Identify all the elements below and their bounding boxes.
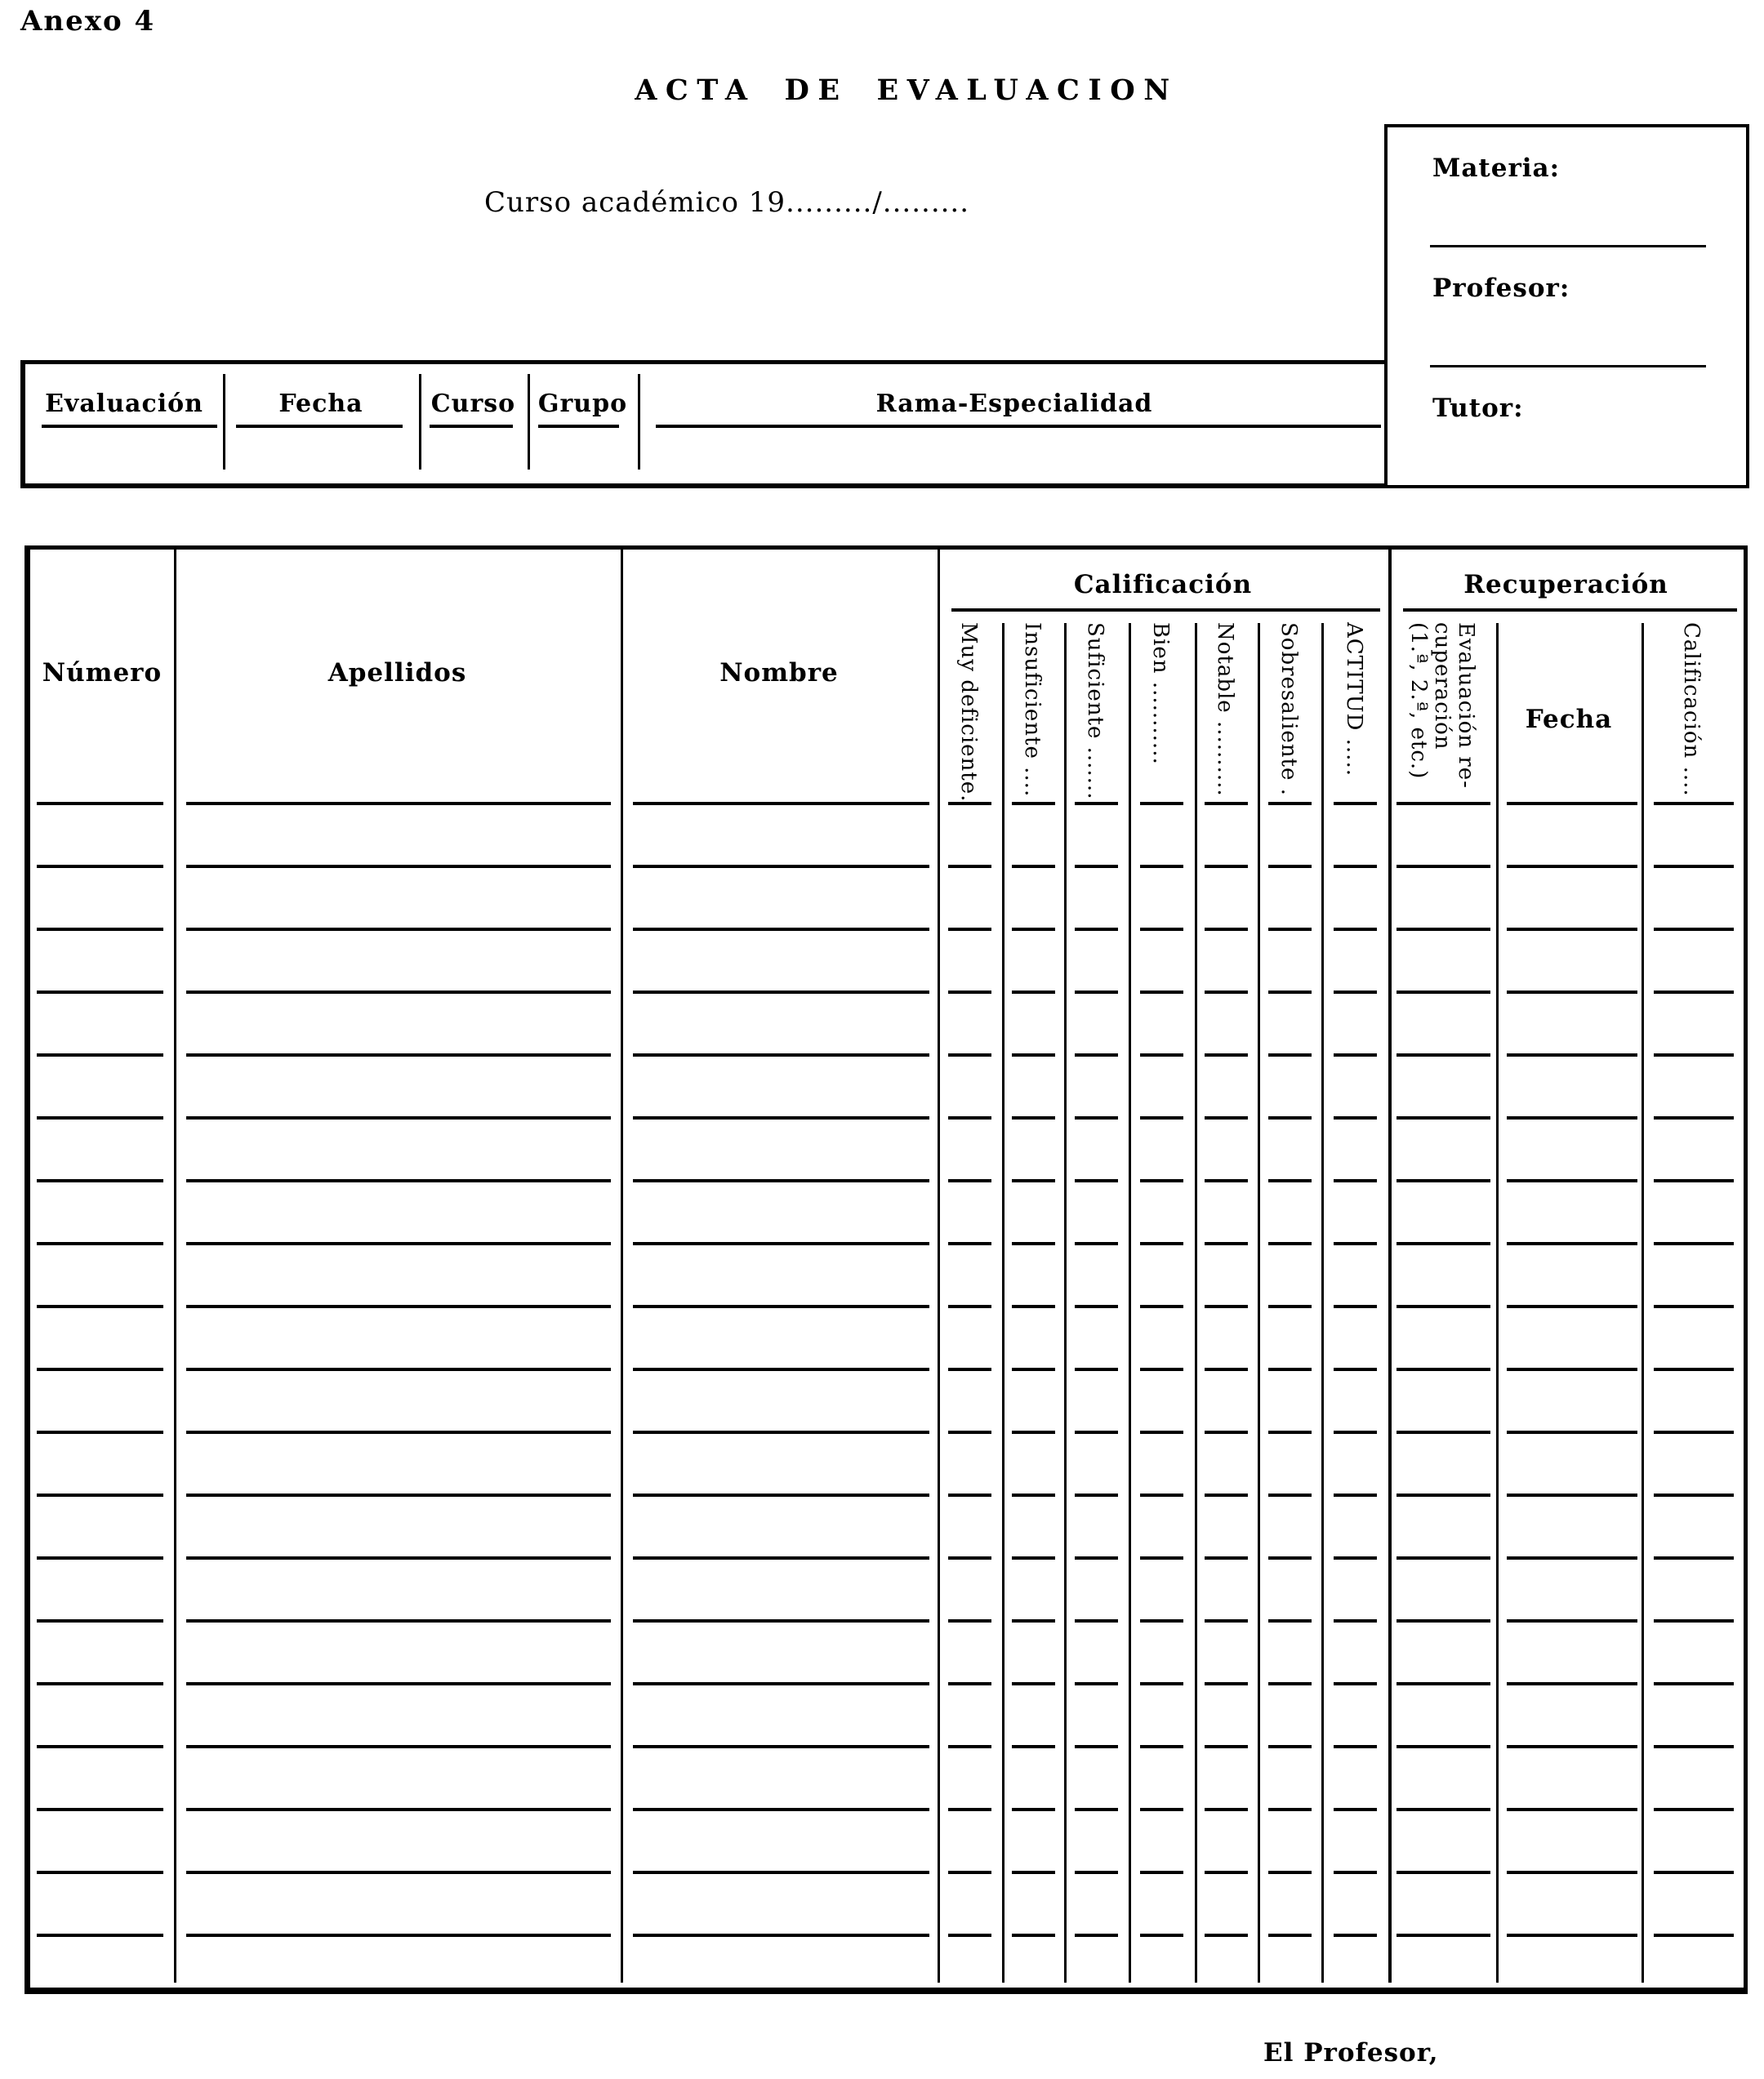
row-writein-line: [633, 1116, 929, 1120]
row-writein-line: [948, 1808, 991, 1811]
row-writein-line: [1334, 1745, 1377, 1748]
row-writein-line: [1654, 1494, 1734, 1497]
row-writein-line: [1396, 1934, 1490, 1937]
row-writein-line: [1654, 1808, 1734, 1811]
row-writein-line: [186, 1305, 611, 1308]
row-writein-line: [1140, 865, 1183, 868]
row-writein-line: [1012, 1494, 1055, 1497]
row-writein-line: [37, 1179, 163, 1182]
row-writein-line: [1012, 1934, 1055, 1937]
row-writein-line: [186, 1745, 611, 1748]
row-writein-line: [186, 1116, 611, 1120]
row-writein-line: [948, 1619, 991, 1623]
row-writein-line: [1075, 1871, 1118, 1874]
row-writein-line: [37, 1494, 163, 1497]
grupo-writein-line: [538, 425, 619, 428]
annex-label: Anexo 4: [20, 5, 155, 38]
row-writein-line: [1334, 865, 1377, 868]
row-writein-line: [633, 928, 929, 931]
row-writein-line: [1205, 1053, 1248, 1057]
row-writein-line: [948, 928, 991, 931]
row-writein-line: [633, 865, 929, 868]
row-writein-line: [633, 1934, 929, 1937]
row-writein-line: [1012, 1682, 1055, 1685]
row-writein-line: [37, 1116, 163, 1120]
row-writein-line: [1507, 1745, 1637, 1748]
row-writein-line: [1205, 1871, 1248, 1874]
row-writein-line: [1654, 1934, 1734, 1937]
row-writein-line: [948, 1494, 991, 1497]
row-writein-line: [1205, 1494, 1248, 1497]
row-writein-line: [1012, 1305, 1055, 1308]
row-writein-line: [1140, 1745, 1183, 1748]
row-writein-line: [186, 1682, 611, 1685]
band-separator: [638, 374, 640, 470]
row-writein-line: [1075, 1682, 1118, 1685]
evaluation-band: Evaluación Fecha Curso Grupo Rama-Especi…: [20, 360, 1386, 488]
row-writein-line: [1140, 1934, 1183, 1937]
row-writein-line: [1140, 1431, 1183, 1434]
row-writein-line: [1334, 1619, 1377, 1623]
row-writein-line: [633, 1179, 929, 1182]
row-writein-line: [1654, 1431, 1734, 1434]
row-writein-line: [1205, 928, 1248, 931]
row-writein-line: [1268, 1179, 1312, 1182]
row-writein-line: [37, 1556, 163, 1560]
row-writein-line: [948, 1871, 991, 1874]
row-writein-line: [1075, 1745, 1118, 1748]
row-writein-line: [1205, 865, 1248, 868]
tutor-label: Tutor:: [1432, 394, 1524, 423]
row-writein-line: [186, 865, 611, 868]
row-writein-line: [1334, 1116, 1377, 1120]
row-writein-line: [633, 1871, 929, 1874]
row-writein-line: [633, 1305, 929, 1308]
row-writein-line: [1334, 1368, 1377, 1371]
table-rows: [24, 545, 1748, 1994]
row-writein-line: [1396, 928, 1490, 931]
row-writein-line: [1654, 1305, 1734, 1308]
row-writein-line: [1396, 1305, 1490, 1308]
row-writein-line: [1268, 1053, 1312, 1057]
row-writein-line: [186, 1619, 611, 1623]
acta-evaluacion-form: Anexo 4 ACTA DE EVALUACION Curso académi…: [0, 0, 1764, 2079]
row-writein-line: [1654, 1116, 1734, 1120]
row-writein-line: [1334, 1431, 1377, 1434]
row-writein-line: [948, 1745, 991, 1748]
row-writein-line: [1205, 1368, 1248, 1371]
row-writein-line: [1075, 1242, 1118, 1245]
row-writein-line: [1075, 1305, 1118, 1308]
row-writein-line: [1507, 1053, 1637, 1057]
row-writein-line: [948, 1179, 991, 1182]
row-writein-line: [1396, 1116, 1490, 1120]
row-writein-line: [948, 1242, 991, 1245]
row-writein-line: [1140, 1368, 1183, 1371]
row-writein-line: [37, 1053, 163, 1057]
row-writein-line: [1075, 865, 1118, 868]
academic-year-line: Curso académico 19........./.........: [484, 186, 969, 219]
row-writein-line: [1396, 1494, 1490, 1497]
row-writein-line: [1654, 1179, 1734, 1182]
row-writein-line: [1396, 1871, 1490, 1874]
fecha-header: Fecha: [223, 390, 419, 419]
evaluacion-header: Evaluación: [25, 390, 223, 419]
row-writein-line: [1268, 865, 1312, 868]
row-writein-line: [1012, 1431, 1055, 1434]
row-writein-line: [186, 1494, 611, 1497]
row-writein-line: [1140, 991, 1183, 994]
row-writein-line: [1140, 1305, 1183, 1308]
curso-writein-line: [430, 425, 513, 428]
row-writein-line: [1654, 1871, 1734, 1874]
row-writein-line: [1205, 991, 1248, 994]
row-writein-line: [948, 1305, 991, 1308]
row-writein-line: [186, 991, 611, 994]
row-writein-line: [37, 1305, 163, 1308]
row-writein-line: [1396, 1431, 1490, 1434]
row-writein-line: [1396, 1808, 1490, 1811]
row-writein-line: [1205, 1179, 1248, 1182]
row-writein-line: [37, 1745, 163, 1748]
row-writein-line: [1268, 1368, 1312, 1371]
row-writein-line: [186, 1368, 611, 1371]
row-writein-line: [1334, 991, 1377, 994]
row-writein-line: [1140, 1116, 1183, 1120]
row-writein-line: [1507, 1242, 1637, 1245]
row-writein-line: [1205, 1808, 1248, 1811]
row-writein-line: [1507, 1871, 1637, 1874]
row-writein-line: [1396, 1179, 1490, 1182]
row-writein-line: [1140, 1053, 1183, 1057]
row-writein-line: [186, 1808, 611, 1811]
row-writein-line: [37, 1368, 163, 1371]
row-writein-line: [1507, 1556, 1637, 1560]
row-writein-line: [1268, 802, 1312, 805]
profesor-writein-line: [1430, 365, 1706, 367]
row-writein-line: [1012, 991, 1055, 994]
row-writein-line: [1075, 1619, 1118, 1623]
row-writein-line: [948, 1368, 991, 1371]
row-writein-line: [1654, 991, 1734, 994]
row-writein-line: [1396, 991, 1490, 994]
row-writein-line: [1012, 1179, 1055, 1182]
row-writein-line: [948, 1431, 991, 1434]
row-writein-line: [1140, 1494, 1183, 1497]
row-writein-line: [37, 1934, 163, 1937]
row-writein-line: [948, 865, 991, 868]
row-writein-line: [1507, 1494, 1637, 1497]
row-writein-line: [1075, 1053, 1118, 1057]
row-writein-line: [1654, 802, 1734, 805]
row-writein-line: [1012, 1556, 1055, 1560]
band-separator: [528, 374, 530, 470]
row-writein-line: [1396, 1682, 1490, 1685]
row-writein-line: [1075, 802, 1118, 805]
row-writein-line: [186, 928, 611, 931]
row-writein-line: [1268, 1619, 1312, 1623]
row-writein-line: [37, 1808, 163, 1811]
row-writein-line: [1396, 802, 1490, 805]
row-writein-line: [1075, 1556, 1118, 1560]
row-writein-line: [1507, 928, 1637, 931]
row-writein-line: [1654, 1053, 1734, 1057]
row-writein-line: [1396, 1368, 1490, 1371]
row-writein-line: [1507, 1179, 1637, 1182]
row-writein-line: [1396, 1242, 1490, 1245]
row-writein-line: [1268, 1494, 1312, 1497]
row-writein-line: [186, 802, 611, 805]
row-writein-line: [1012, 802, 1055, 805]
row-writein-line: [1334, 1305, 1377, 1308]
row-writein-line: [1654, 928, 1734, 931]
row-writein-line: [1140, 928, 1183, 931]
row-writein-line: [186, 1242, 611, 1245]
row-writein-line: [633, 1368, 929, 1371]
row-writein-line: [186, 1431, 611, 1434]
evaluacion-writein-line: [42, 425, 217, 428]
row-writein-line: [633, 991, 929, 994]
row-writein-line: [1654, 865, 1734, 868]
row-writein-line: [1075, 1431, 1118, 1434]
row-writein-line: [1396, 1619, 1490, 1623]
row-writein-line: [1140, 1808, 1183, 1811]
row-writein-line: [1075, 1934, 1118, 1937]
row-writein-line: [1507, 1808, 1637, 1811]
row-writein-line: [633, 1431, 929, 1434]
row-writein-line: [186, 1179, 611, 1182]
row-writein-line: [1205, 802, 1248, 805]
row-writein-line: [1507, 1619, 1637, 1623]
row-writein-line: [1140, 802, 1183, 805]
row-writein-line: [1334, 1808, 1377, 1811]
row-writein-line: [186, 1871, 611, 1874]
row-writein-line: [948, 802, 991, 805]
row-writein-line: [1012, 1242, 1055, 1245]
row-writein-line: [1654, 1682, 1734, 1685]
row-writein-line: [1654, 1745, 1734, 1748]
row-writein-line: [1075, 1179, 1118, 1182]
row-writein-line: [37, 802, 163, 805]
row-writein-line: [1075, 928, 1118, 931]
row-writein-line: [1075, 1368, 1118, 1371]
row-writein-line: [37, 1242, 163, 1245]
row-writein-line: [186, 1556, 611, 1560]
info-box: Materia: Profesor: Tutor:: [1384, 124, 1749, 488]
row-writein-line: [1396, 1556, 1490, 1560]
row-writein-line: [633, 1619, 929, 1623]
row-writein-line: [1205, 1242, 1248, 1245]
row-writein-line: [1012, 1871, 1055, 1874]
row-writein-line: [1268, 1431, 1312, 1434]
row-writein-line: [1012, 865, 1055, 868]
rama-especialidad-header: Rama-Especialidad: [638, 390, 1391, 419]
row-writein-line: [1205, 1682, 1248, 1685]
row-writein-line: [37, 1431, 163, 1434]
row-writein-line: [1140, 1682, 1183, 1685]
row-writein-line: [1334, 1494, 1377, 1497]
row-writein-line: [948, 1116, 991, 1120]
row-writein-line: [1012, 1619, 1055, 1623]
row-writein-line: [1268, 1808, 1312, 1811]
row-writein-line: [1140, 1179, 1183, 1182]
row-writein-line: [1012, 1808, 1055, 1811]
row-writein-line: [1334, 1871, 1377, 1874]
page-title: ACTA DE EVALUACION: [621, 73, 1192, 107]
row-writein-line: [1334, 1242, 1377, 1245]
row-writein-line: [1507, 1116, 1637, 1120]
row-writein-line: [1654, 1242, 1734, 1245]
row-writein-line: [1334, 1682, 1377, 1685]
row-writein-line: [633, 1808, 929, 1811]
row-writein-line: [1075, 1808, 1118, 1811]
row-writein-line: [186, 1934, 611, 1937]
row-writein-line: [37, 865, 163, 868]
row-writein-line: [1205, 1556, 1248, 1560]
row-writein-line: [1268, 1934, 1312, 1937]
row-writein-line: [1075, 1116, 1118, 1120]
row-writein-line: [1654, 1619, 1734, 1623]
row-writein-line: [1012, 928, 1055, 931]
row-writein-line: [948, 1934, 991, 1937]
curso-header: Curso: [419, 390, 528, 419]
row-writein-line: [1205, 1431, 1248, 1434]
row-writein-line: [1012, 1368, 1055, 1371]
row-writein-line: [1334, 1934, 1377, 1937]
row-writein-line: [1140, 1242, 1183, 1245]
row-writein-line: [1334, 1556, 1377, 1560]
row-writein-line: [1507, 1934, 1637, 1937]
row-writein-line: [1140, 1871, 1183, 1874]
row-writein-line: [633, 1242, 929, 1245]
row-writein-line: [1140, 1619, 1183, 1623]
row-writein-line: [1205, 1116, 1248, 1120]
row-writein-line: [1334, 1053, 1377, 1057]
row-writein-line: [1205, 1305, 1248, 1308]
row-writein-line: [1507, 1305, 1637, 1308]
row-writein-line: [37, 1871, 163, 1874]
row-writein-line: [948, 991, 991, 994]
row-writein-line: [1268, 1682, 1312, 1685]
band-separator: [419, 374, 421, 470]
profesor-label: Profesor:: [1432, 274, 1570, 303]
row-writein-line: [1012, 1116, 1055, 1120]
row-writein-line: [1268, 991, 1312, 994]
row-writein-line: [1205, 1745, 1248, 1748]
row-writein-line: [948, 1556, 991, 1560]
row-writein-line: [1507, 1368, 1637, 1371]
row-writein-line: [633, 1745, 929, 1748]
row-writein-line: [37, 1682, 163, 1685]
row-writein-line: [633, 1053, 929, 1057]
fecha-writein-line: [236, 425, 403, 428]
row-writein-line: [1268, 1745, 1312, 1748]
row-writein-line: [1012, 1745, 1055, 1748]
row-writein-line: [1268, 1556, 1312, 1560]
row-writein-line: [1334, 1179, 1377, 1182]
row-writein-line: [1396, 865, 1490, 868]
row-writein-line: [1507, 1682, 1637, 1685]
row-writein-line: [1075, 1494, 1118, 1497]
materia-label: Materia:: [1432, 154, 1560, 183]
row-writein-line: [1396, 1745, 1490, 1748]
row-writein-line: [186, 1053, 611, 1057]
rama-writein-line: [656, 425, 1381, 428]
row-writein-line: [37, 928, 163, 931]
row-writein-line: [1334, 802, 1377, 805]
materia-writein-line: [1430, 245, 1706, 247]
row-writein-line: [1507, 991, 1637, 994]
row-writein-line: [1507, 1431, 1637, 1434]
row-writein-line: [1507, 802, 1637, 805]
row-writein-line: [1396, 1053, 1490, 1057]
row-writein-line: [1075, 991, 1118, 994]
row-writein-line: [948, 1682, 991, 1685]
row-writein-line: [1268, 1305, 1312, 1308]
row-writein-line: [1654, 1556, 1734, 1560]
students-table: Calificación Recuperación Número Apellid…: [24, 545, 1748, 1994]
row-writein-line: [37, 991, 163, 994]
row-writein-line: [1268, 1242, 1312, 1245]
row-writein-line: [633, 1556, 929, 1560]
row-writein-line: [1205, 1619, 1248, 1623]
row-writein-line: [633, 802, 929, 805]
grupo-header: Grupo: [528, 390, 638, 419]
row-writein-line: [633, 1682, 929, 1685]
row-writein-line: [37, 1619, 163, 1623]
band-separator: [223, 374, 225, 470]
row-writein-line: [1268, 1116, 1312, 1120]
row-writein-line: [1268, 928, 1312, 931]
row-writein-line: [1012, 1053, 1055, 1057]
row-writein-line: [1268, 1871, 1312, 1874]
row-writein-line: [633, 1494, 929, 1497]
row-writein-line: [1654, 1368, 1734, 1371]
row-writein-line: [1205, 1934, 1248, 1937]
row-writein-line: [1140, 1556, 1183, 1560]
row-writein-line: [948, 1053, 991, 1057]
professor-signature-label: El Profesor,: [1263, 2038, 1439, 2068]
row-writein-line: [1334, 928, 1377, 931]
row-writein-line: [1507, 865, 1637, 868]
